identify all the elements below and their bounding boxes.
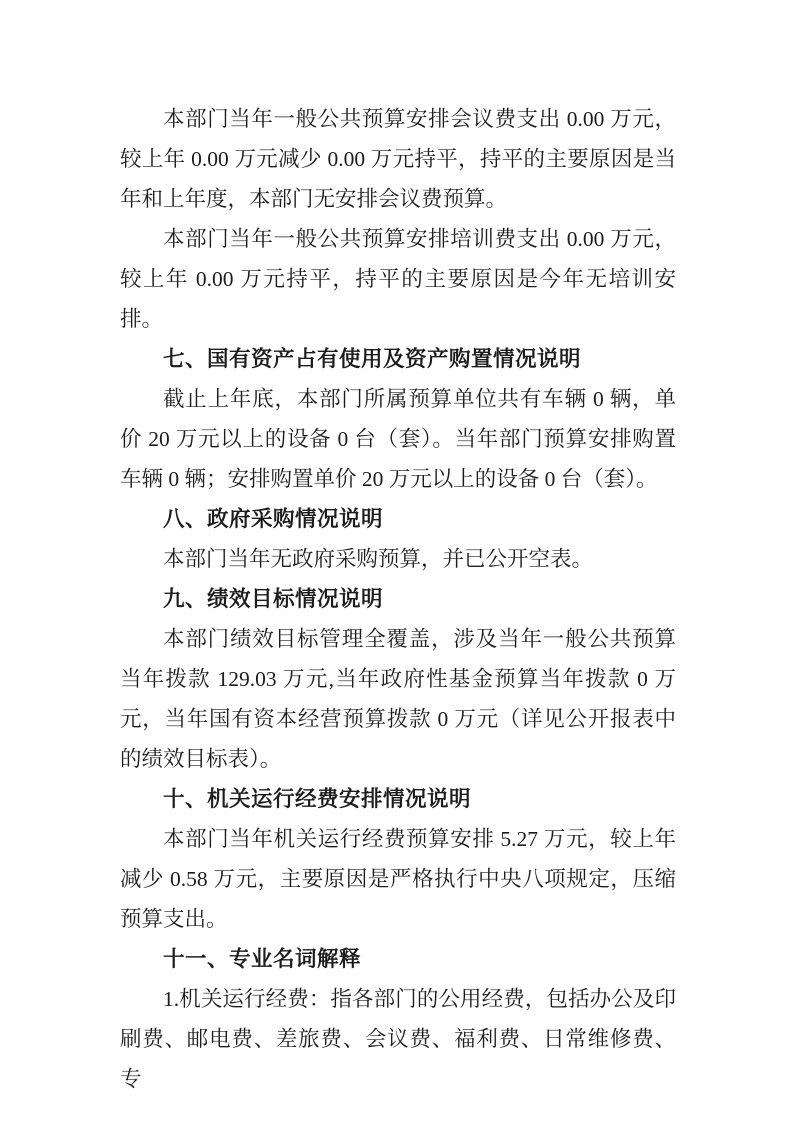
section-heading: 十一、专业名词解释 <box>120 939 676 979</box>
section-heading: 八、政府采购情况说明 <box>120 499 676 539</box>
section-heading: 十、机关运行经费安排情况说明 <box>120 779 676 819</box>
paragraph: 本部门当年一般公共预算安排培训费支出 0.00 万元，较上年 0.00 万元持平… <box>120 219 676 339</box>
paragraph: 截止上年底，本部门所属预算单位共有车辆 0 辆，单价 20 万元以上的设备 0 … <box>120 379 676 499</box>
document-page: 本部门当年一般公共预算安排会议费支出 0.00 万元，较上年 0.00 万元减少… <box>0 0 793 1122</box>
paragraph: 本部门当年机关运行经费预算安排 5.27 万元，较上年减少 0.58 万元，主要… <box>120 819 676 939</box>
section-heading: 七、国有资产占有使用及资产购置情况说明 <box>120 339 676 379</box>
paragraph: 本部门绩效目标管理全覆盖，涉及当年一般公共预算当年拨款 129.03 万元,当年… <box>120 619 676 779</box>
section-heading: 九、绩效目标情况说明 <box>120 579 676 619</box>
paragraph: 1.机关运行经费：指各部门的公用经费，包括办公及印刷费、邮电费、差旅费、会议费、… <box>120 979 676 1099</box>
paragraph: 本部门当年一般公共预算安排会议费支出 0.00 万元，较上年 0.00 万元减少… <box>120 99 676 219</box>
document-content: 本部门当年一般公共预算安排会议费支出 0.00 万元，较上年 0.00 万元减少… <box>120 99 676 1099</box>
paragraph: 本部门当年无政府采购预算，并已公开空表。 <box>120 539 676 579</box>
